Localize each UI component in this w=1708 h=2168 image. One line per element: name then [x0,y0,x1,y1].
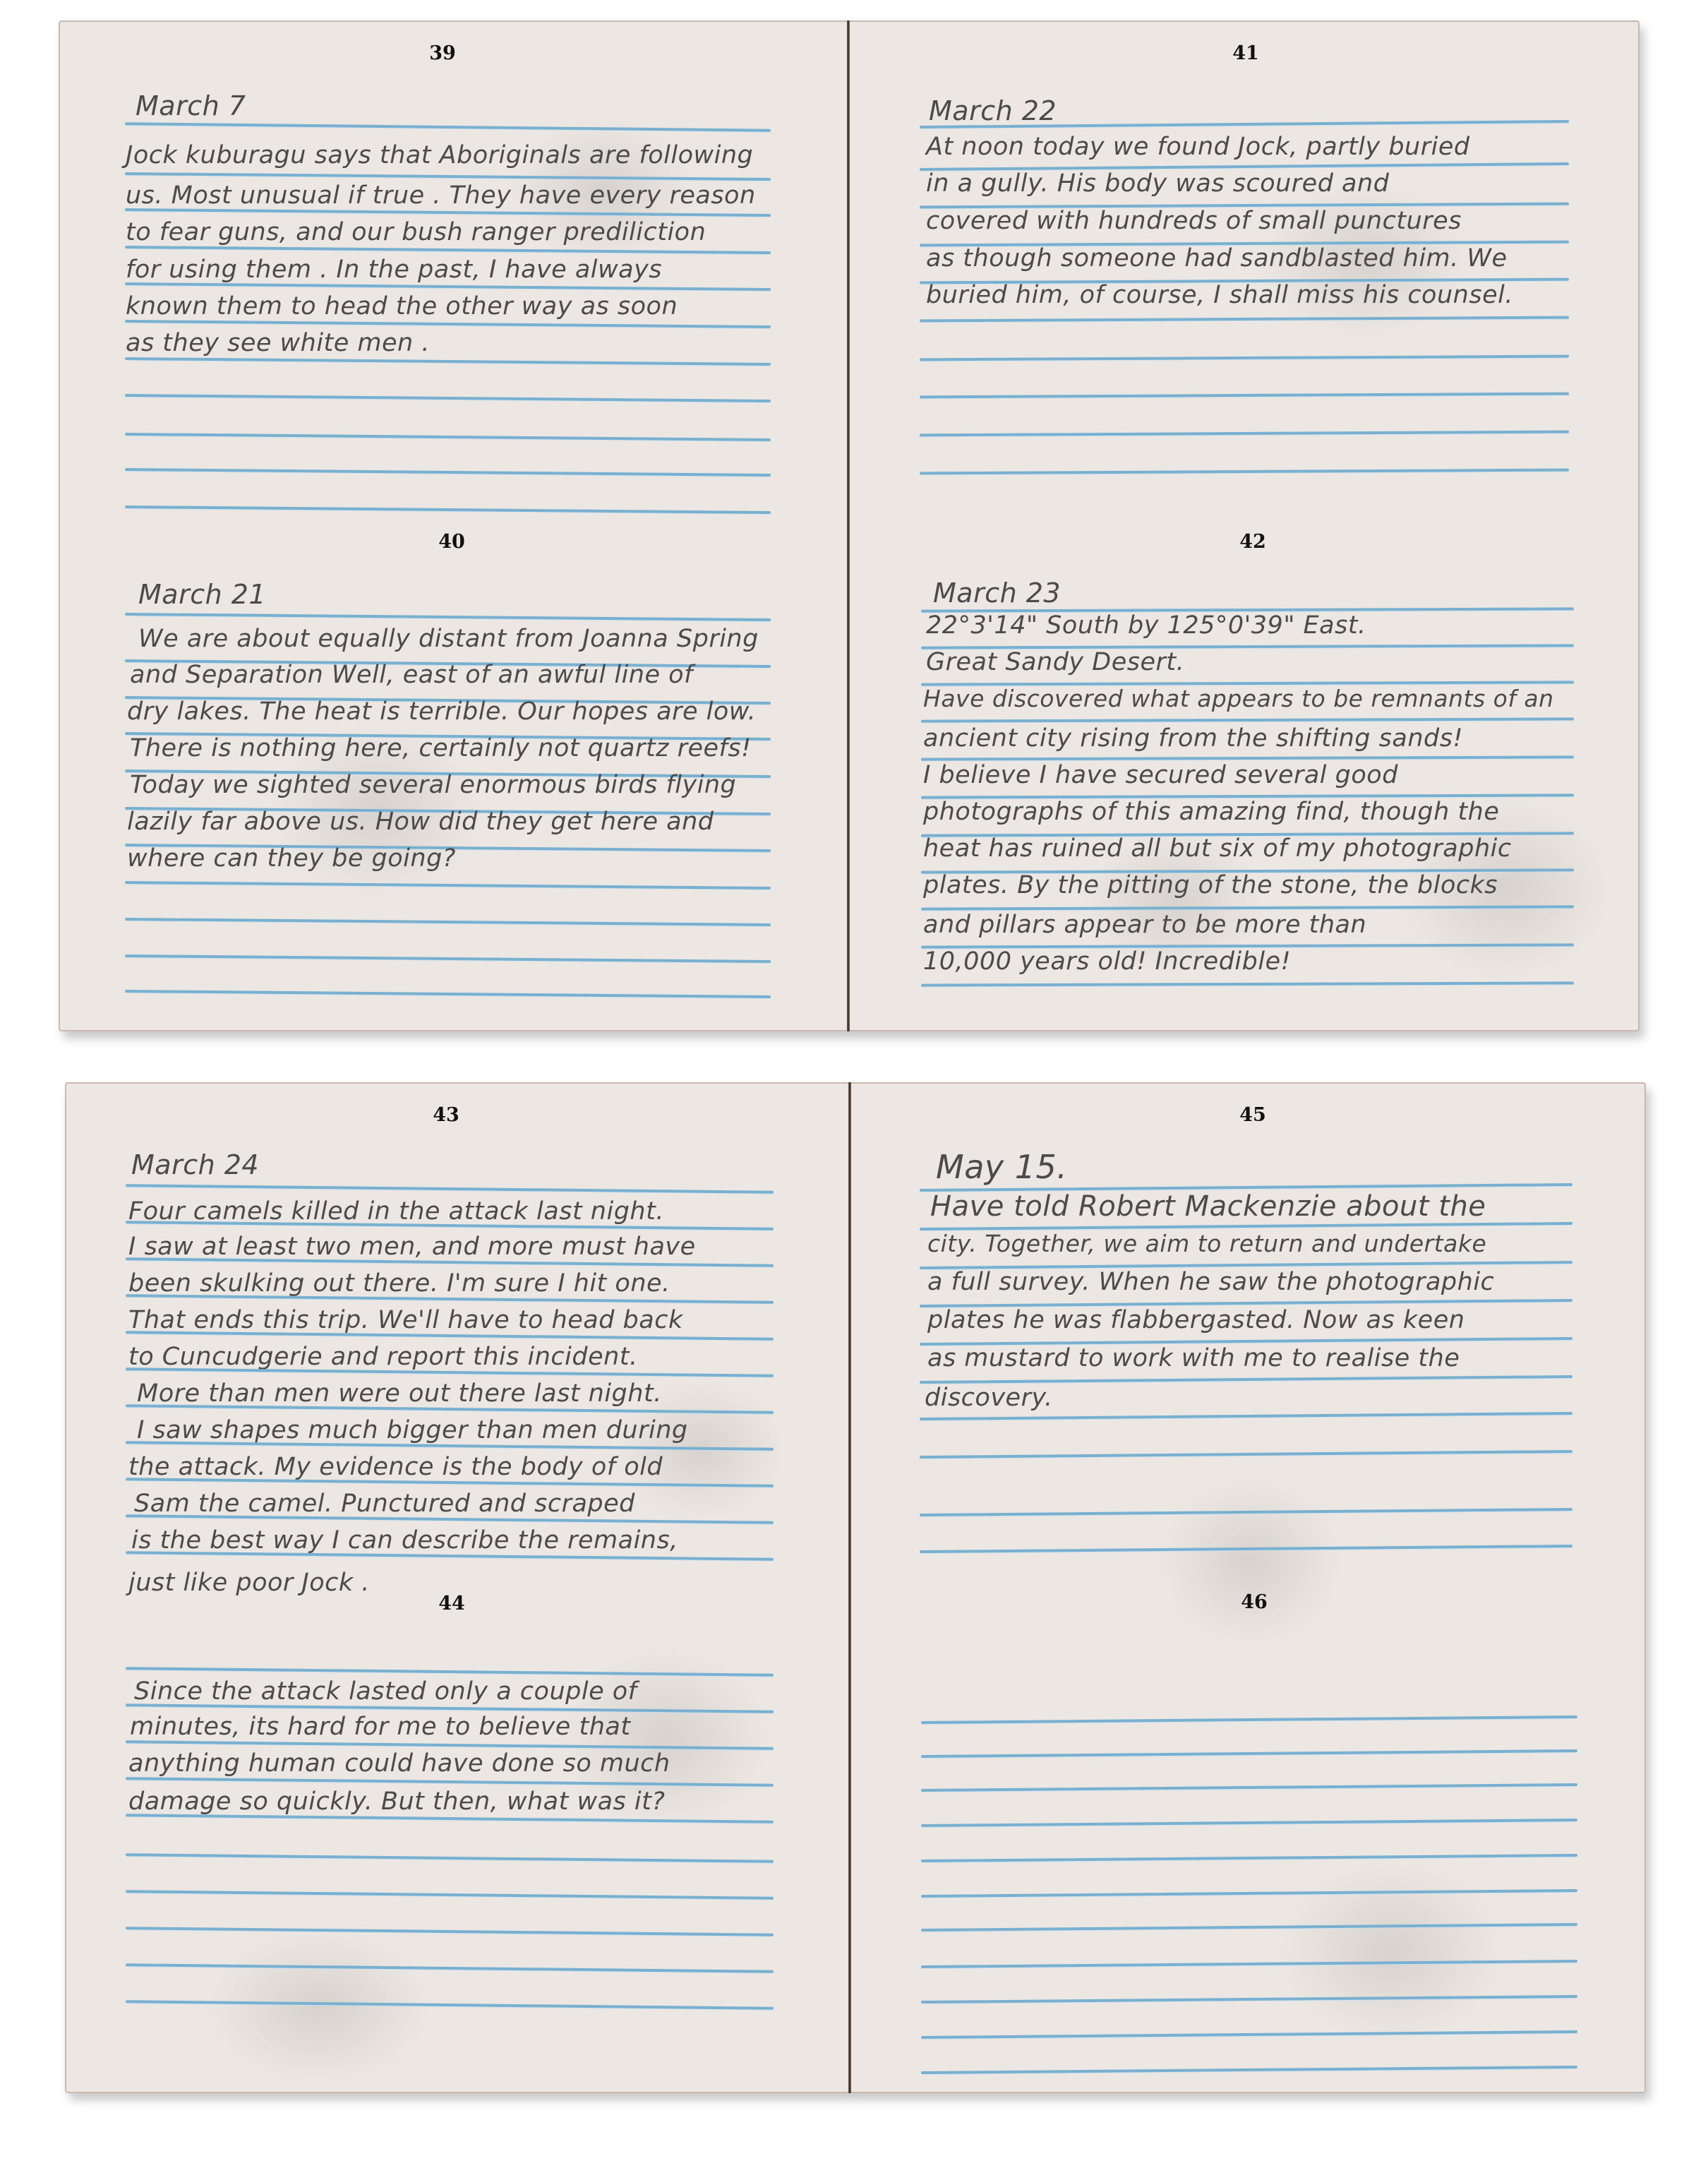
entry-line: as they see white men . [126,329,430,357]
entry-line: anything human could have done so much [128,1749,670,1778]
entry-date: May 15. [936,1148,1067,1186]
entry-line: Today we sighted several enormous birds … [130,771,736,799]
entry-line: Great Sandy Desert. [926,648,1184,676]
entry-line: known them to head the other way as soon [126,292,678,321]
entry-line: a full survey. When he saw the photograp… [927,1268,1494,1296]
entry-line: and pillars appear to be more than [923,911,1366,939]
entry-line: More than men were out there last night. [137,1379,662,1408]
page-number: 45 [1239,1104,1266,1126]
entry-line: At noon today we found Jock, partly buri… [926,133,1470,161]
entry-line: dry lakes. The heat is terrible. Our hop… [127,697,756,726]
entry-line: photographs of this amazing find, though… [923,798,1499,826]
entry-line: minutes, its hard for me to believe that [130,1713,631,1741]
page-number: 40 [438,531,465,553]
entry-line: discovery. [925,1384,1053,1412]
page-number: 44 [438,1593,465,1615]
entry-date: March 23 [933,577,1061,609]
entry-date: March 21 [138,579,266,610]
entry-line: I saw shapes much bigger than men during [137,1416,688,1444]
entry-line: ancient city rising from the shifting sa… [923,724,1463,753]
entry-line: 22°3'14" South by 125°0'39" East. [926,611,1366,640]
entry-line: city. Together, we aim to return and und… [927,1230,1486,1257]
entry-line: Since the attack lasted only a couple of [134,1677,637,1706]
entry-line: where can they be going? [127,844,456,873]
entry-line: I saw at least two men, and more must ha… [128,1233,696,1261]
entry-date: March 24 [131,1149,259,1180]
page-number: 39 [429,42,456,64]
page-number: 43 [433,1104,459,1126]
entry-line: been skulking out there. I'm sure I hit … [128,1269,670,1298]
entry-line: That ends this trip. We'll have to head … [128,1306,683,1334]
entry-line: covered with hundreds of small punctures [926,207,1462,235]
entry-line: We are about equally distant from Joanna… [138,625,759,653]
entry-line: to Cuncudgerie and report this incident. [128,1343,638,1371]
entry-line: to fear guns, and our bush ranger predil… [126,218,706,246]
entry-line: Jock kuburagu says that Aboriginals are … [126,141,753,169]
entry-line: as mustard to work with me to realise th… [927,1344,1460,1372]
entry-line: just like poor Jock . [128,1569,370,1597]
entry-line: 10,000 years old! Incredible! [923,947,1291,976]
page-number: 46 [1241,1591,1268,1613]
entry-line: as though someone had sandblasted him. W… [926,244,1508,273]
entry-line: Sam the camel. Punctured and scraped [134,1490,635,1518]
entry-line: lazily far above us. How did they get he… [127,808,714,836]
entry-line: for using them . In the past, I have alw… [126,256,662,284]
entry-line: plates. By the pitting of the stone, the… [923,871,1498,899]
page-number: 41 [1232,42,1259,64]
entry-line: plates he was flabbergasted. Now as keen [927,1306,1465,1334]
entry-line: the attack. My evidence is the body of o… [128,1453,663,1481]
entry-line: Have discovered what appears to be remna… [923,685,1554,712]
entry-line: damage so quickly. But then, what was it… [128,1787,665,1816]
entry-line: I believe I have secured several good [923,761,1398,789]
entry-line: There is nothing here, certainly not qua… [130,734,752,762]
entry-line: us. Most unusual if true . They have eve… [126,181,756,210]
entry-line: and Separation Well, east of an awful li… [130,661,693,689]
entry-date: March 7 [136,90,246,121]
entry-line: in a gully. His body was scoured and [926,169,1389,198]
page-number: 42 [1239,531,1266,553]
entry-line: is the best way I can describe the remai… [131,1526,678,1555]
entry-line: Have told Robert Mackenzie about the [930,1190,1486,1223]
entry-line: heat has ruined all but six of my photog… [923,834,1512,863]
entry-line: buried him, of course, I shall miss his … [926,281,1513,309]
entry-date: March 22 [929,95,1057,126]
